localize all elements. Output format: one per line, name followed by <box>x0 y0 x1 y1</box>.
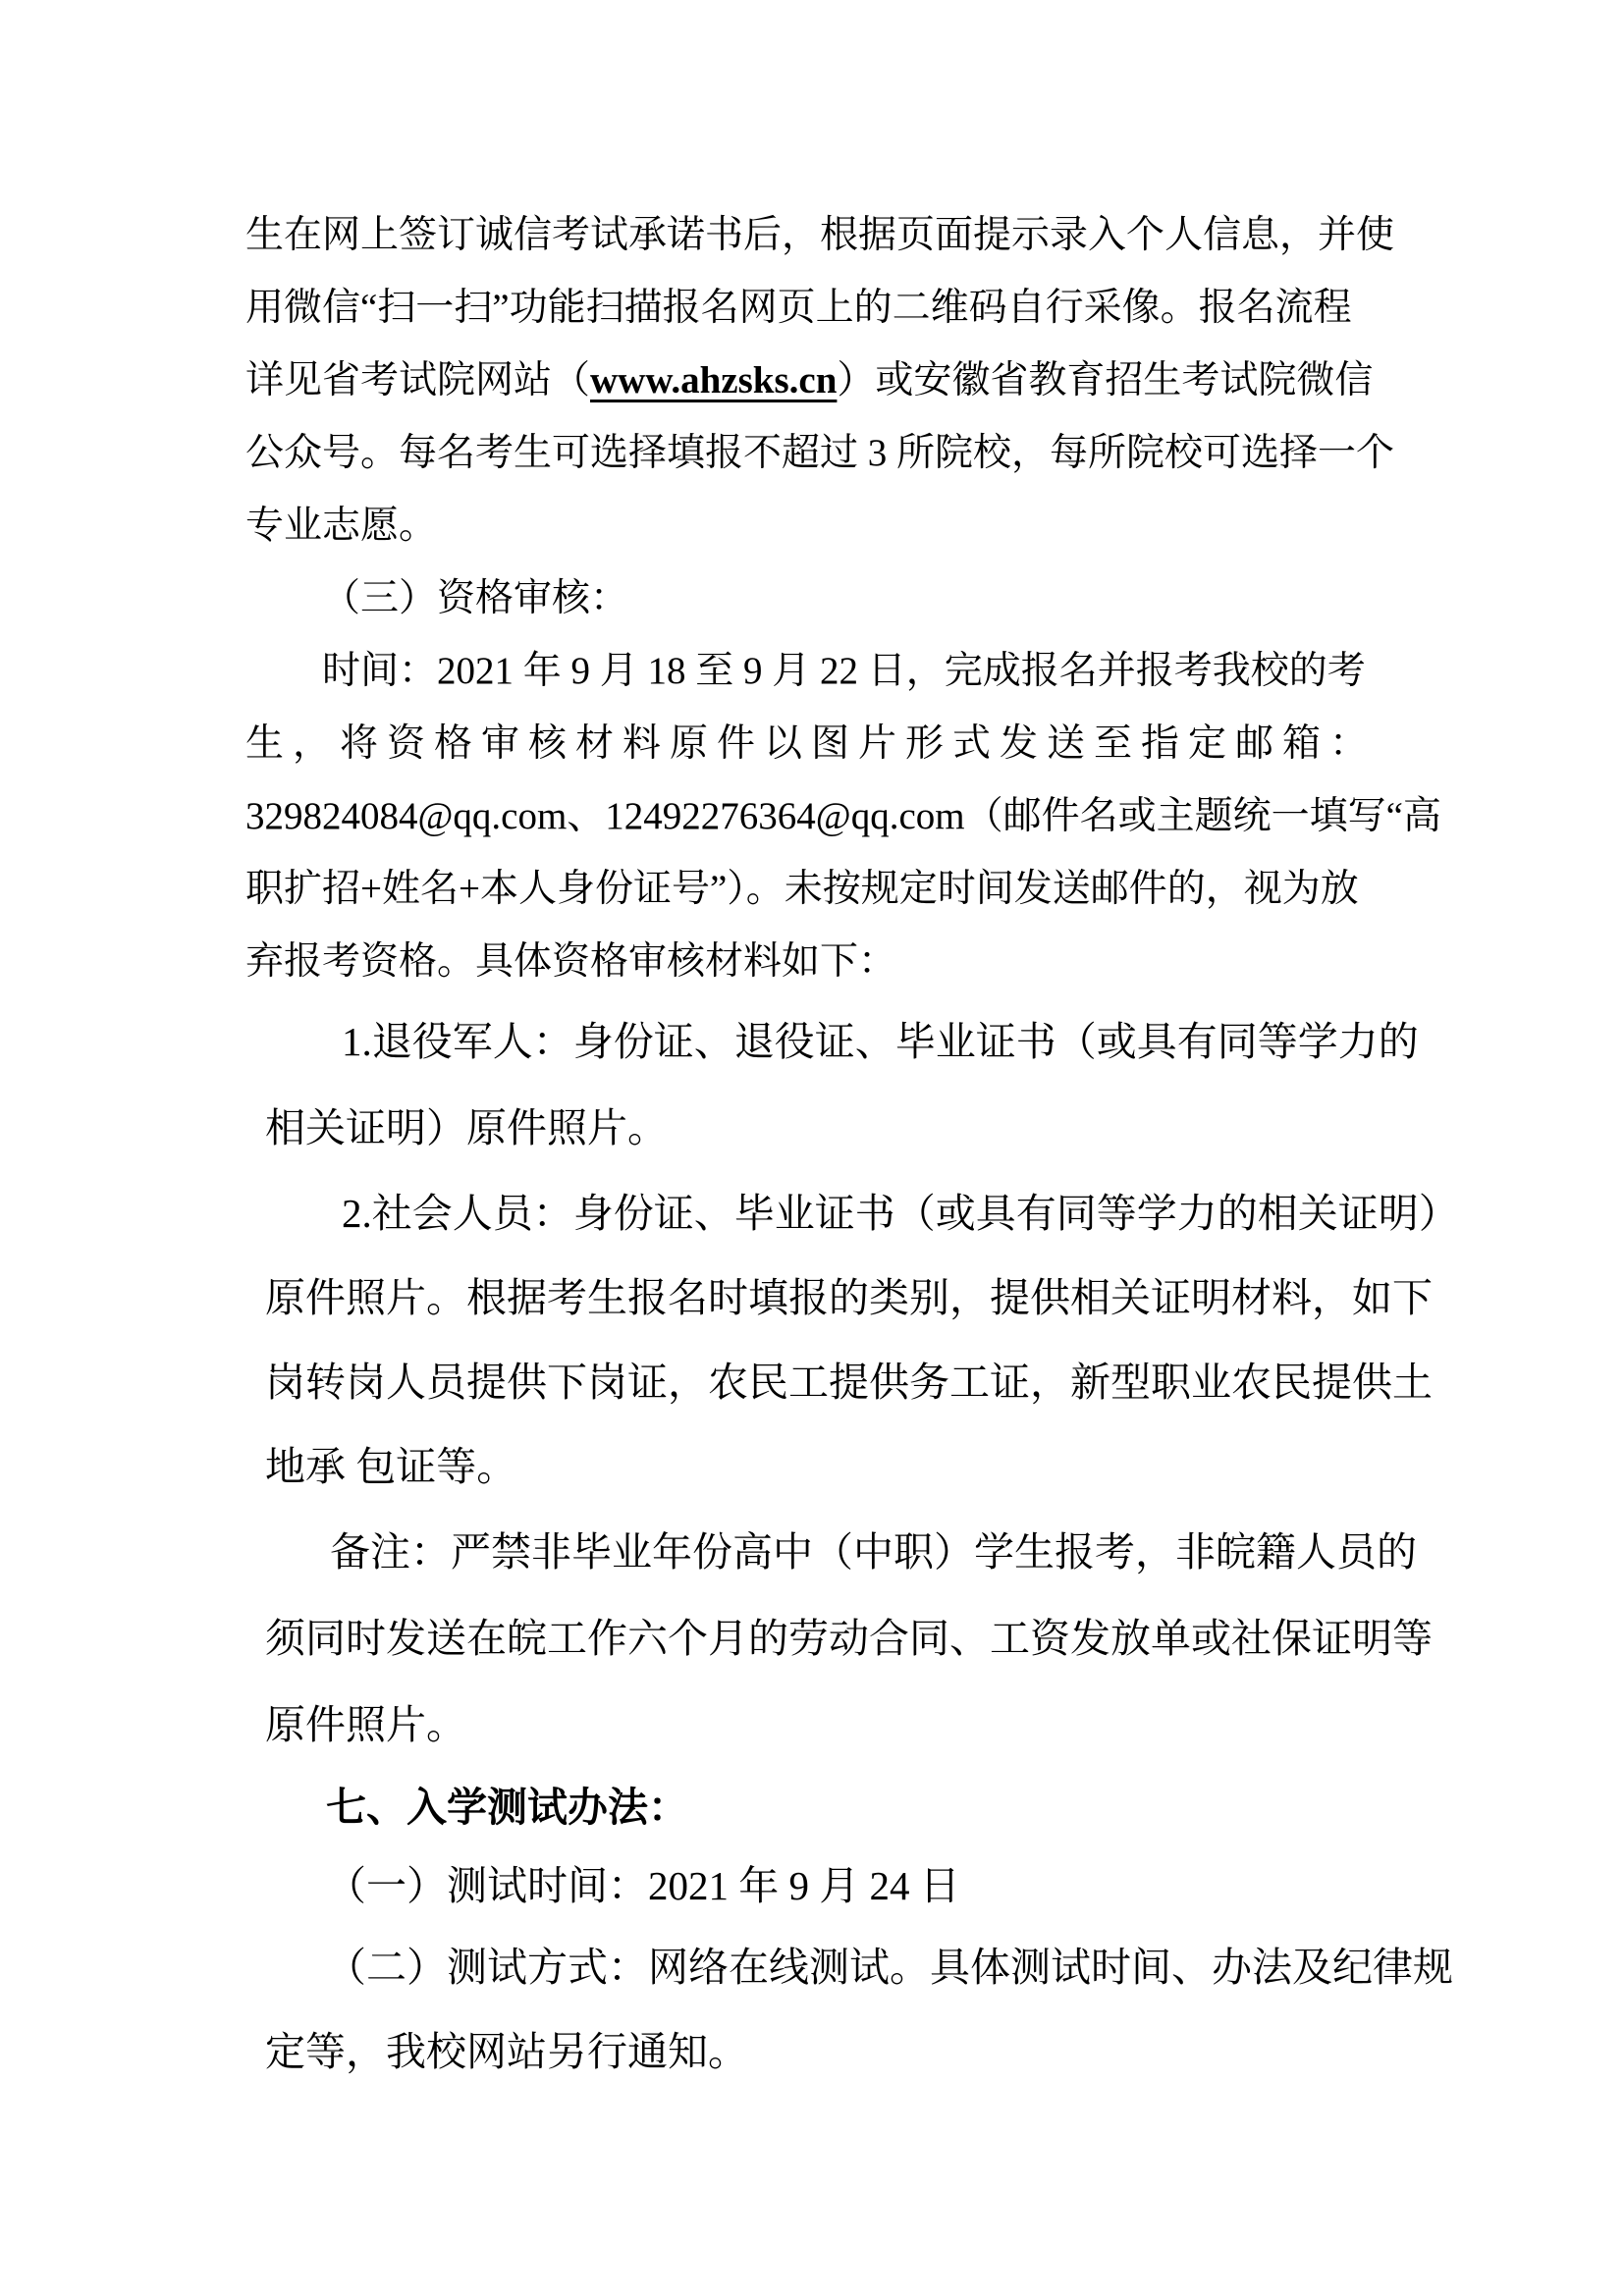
text-line-8: 生，将资格审核材料原件以图片形式发送至指定邮箱： <box>245 708 1394 780</box>
text-line-7: 时间：2021 年 9 月 18 至 9 月 22 日，完成报名并报考我校的考 <box>245 635 1394 708</box>
item-social-personnel-paragraph: 2.社会人员：身份证、毕业证书（或具有同等学力的相关证明） 原件照片。根据考生报… <box>265 1171 1404 1509</box>
text-line-22: （一）测试时间：2021 年 9 月 24 日 <box>265 1846 1404 1925</box>
text-line-23: （二）测试方式：网络在线测试。具体测试时间、办法及纪律规 <box>265 1925 1404 2009</box>
text-line-5: 专业志愿。 <box>245 490 1394 562</box>
text-line-16: 岗转岗人员提供下岗证，农民工提供务工证，新型职业农民提供土 <box>265 1340 1404 1424</box>
text-line-14: 2.社会人员：身份证、毕业证书（或具有同等学力的相关证明） <box>265 1171 1404 1255</box>
text-line-3-suffix: ）或安徽省教育招生考试院微信 <box>837 359 1373 401</box>
text-line-18: 备注：严禁非毕业年份高中（中职）学生报考，非皖籍人员的 <box>265 1509 1404 1595</box>
subsection-heading-qualification-review: （三）资格审核： <box>245 562 1394 635</box>
text-line-12: 1.退役军人：身份证、退役证、毕业证书（或具有同等学力的 <box>265 998 1404 1085</box>
section-heading-admission-test: 七、入学测试办法： <box>265 1768 1404 1846</box>
text-line-4: 公众号。每名考生可选择填报不超过 3 所院校，每所院校可选择一个 <box>245 417 1394 490</box>
text-line-10: 职扩招+姓名+本人身份证号”）。未按规定时间发送邮件的，视为放 <box>245 853 1394 926</box>
upper-text-block: 生在网上签订诚信考试承诺书后，根据页面提示录入个人信息，并使 用微信“扫一扫”功… <box>245 199 1394 998</box>
text-line-3: 详见省考试院网站（www.ahzsks.cn）或安徽省教育招生考试院微信 <box>245 345 1394 417</box>
document-page-canvas: 生在网上签订诚信考试承诺书后，根据页面提示录入个人信息，并使 用微信“扫一扫”功… <box>0 0 1624 2296</box>
ahzsks-url-link[interactable]: www.ahzsks.cn <box>590 359 837 401</box>
lower-text-block: 1.退役军人：身份证、退役证、毕业证书（或具有同等学力的 相关证明）原件照片。 … <box>265 998 1404 2094</box>
text-line-24: 定等，我校网站另行通知。 <box>265 2009 1404 2094</box>
text-line-13: 相关证明）原件照片。 <box>265 1085 1404 1171</box>
text-line-17: 地承 包证等。 <box>265 1424 1404 1509</box>
test-method-paragraph: （二）测试方式：网络在线测试。具体测试时间、办法及纪律规 定等，我校网站另行通知… <box>265 1925 1404 2094</box>
text-line-11: 弃报考资格。具体资格审核材料如下： <box>245 926 1394 998</box>
text-line-9-emails: 329824084@qq.com、12492276364@qq.com（邮件名或… <box>245 780 1394 853</box>
text-line-19: 须同时发送在皖工作六个月的劳动合同、工资发放单或社保证明等 <box>265 1595 1404 1682</box>
remark-paragraph: 备注：严禁非毕业年份高中（中职）学生报考，非皖籍人员的 须同时发送在皖工作六个月… <box>265 1509 1404 1768</box>
text-line-3-prefix: 详见省考试院网站（ <box>245 359 590 401</box>
text-line-20: 原件照片。 <box>265 1682 1404 1768</box>
section-7-heading-paragraph: 七、入学测试办法： <box>265 1768 1404 1846</box>
item-veterans-paragraph: 1.退役军人：身份证、退役证、毕业证书（或具有同等学力的 相关证明）原件照片。 <box>265 998 1404 1171</box>
text-line-1: 生在网上签订诚信考试承诺书后，根据页面提示录入个人信息，并使 <box>245 199 1394 272</box>
document-page: { "colors": { "background": "#ffffff", "… <box>0 0 1624 2296</box>
text-line-15: 原件照片。根据考生报名时填报的类别，提供相关证明材料，如下 <box>265 1255 1404 1340</box>
text-line-2: 用微信“扫一扫”功能扫描报名网页上的二维码自行采像。报名流程 <box>245 272 1394 345</box>
test-time-paragraph: （一）测试时间：2021 年 9 月 24 日 <box>265 1846 1404 1925</box>
